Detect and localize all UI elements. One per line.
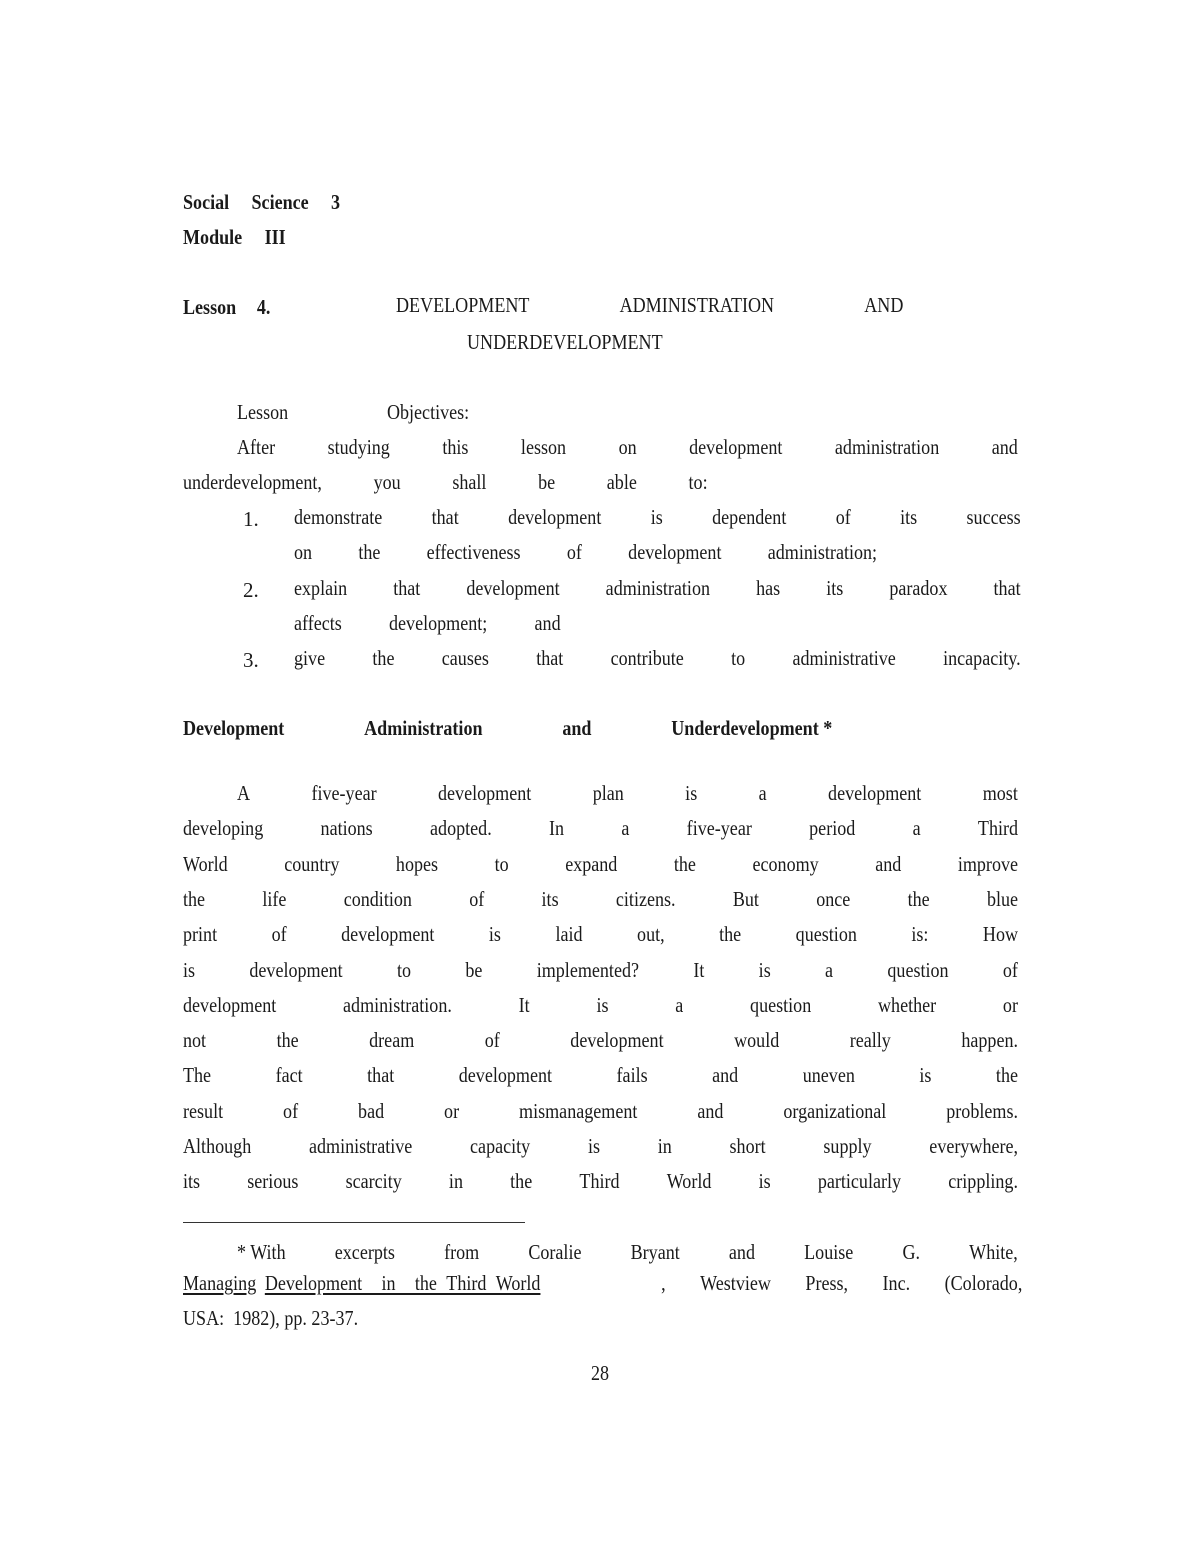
word: five-year	[687, 818, 752, 839]
word: Bryant	[631, 1242, 680, 1263]
word: Although	[183, 1136, 251, 1157]
word: of	[283, 1101, 298, 1122]
word: that	[393, 578, 420, 599]
word: that	[994, 578, 1021, 599]
word: able	[607, 472, 637, 493]
word: is	[588, 1136, 600, 1157]
objective-number-3: 3.	[243, 648, 259, 673]
word: is	[596, 995, 608, 1016]
word: everywhere,	[929, 1136, 1018, 1157]
objective-number-2: 2.	[243, 578, 259, 603]
word: A	[237, 783, 250, 804]
word: development	[438, 783, 531, 804]
word: hopes	[396, 854, 438, 875]
word: is	[759, 960, 771, 981]
word: Administration	[364, 718, 482, 739]
word: Objectives:	[387, 402, 469, 423]
word: or	[1003, 995, 1018, 1016]
paragraph-line: developmentadministration.Itisaquestionw…	[183, 995, 1018, 1016]
word: of	[836, 507, 851, 528]
word: development	[466, 578, 559, 599]
lesson-title-line2: UNDERDEVELOPMENT	[467, 330, 663, 355]
word: and	[875, 854, 901, 875]
word: of	[272, 924, 287, 945]
word: explain	[294, 578, 347, 599]
footnote-divider	[183, 1222, 525, 1223]
word: dream	[369, 1030, 414, 1051]
word: Louise	[804, 1242, 853, 1263]
word: and	[697, 1101, 723, 1122]
word: development	[689, 437, 782, 458]
word: supply	[823, 1136, 871, 1157]
word: five-year	[311, 783, 376, 804]
word: on	[294, 542, 312, 563]
word: Inc.	[883, 1271, 911, 1296]
word: its	[542, 889, 559, 910]
word: excerpts	[335, 1242, 395, 1263]
word: its	[826, 578, 843, 599]
word: nations	[321, 818, 373, 839]
word: the	[908, 889, 930, 910]
paragraph-line: Worldcountryhopestoexpandtheeconomyandim…	[183, 854, 1018, 875]
word: Lesson	[183, 295, 236, 320]
paragraph-line: isdevelopmenttobeimplemented?Itisaquesti…	[183, 960, 1018, 981]
word: development	[341, 924, 434, 945]
word: Underdevelopment *	[671, 718, 832, 739]
paragraph-line: Thefactthatdevelopmentfailsandunevenisth…	[183, 1065, 1018, 1086]
word: 4.	[257, 295, 271, 320]
objectives-heading: LessonObjectives:	[237, 402, 469, 423]
word: to:	[689, 472, 708, 493]
word: in	[449, 1171, 463, 1192]
footnote-line1: * WithexcerptsfromCoralieBryantandLouise…	[237, 1242, 1018, 1263]
word: Module	[183, 225, 242, 250]
word: lesson	[521, 437, 566, 458]
word: It	[519, 995, 530, 1016]
word: this	[442, 437, 468, 458]
word: and	[535, 613, 561, 634]
word: underdevelopment,	[183, 472, 322, 493]
word: problems.	[946, 1101, 1018, 1122]
word: condition	[344, 889, 412, 910]
word: Lesson	[237, 402, 288, 423]
paragraph-line: developingnationsadopted.Inafive-yearper…	[183, 818, 1018, 839]
word: or	[444, 1101, 459, 1122]
word: Coralie	[528, 1242, 581, 1263]
word: a	[675, 995, 683, 1016]
word: country	[284, 854, 339, 875]
objective-2-line1: explainthatdevelopmentadministrationhasi…	[294, 578, 1021, 599]
objective-2-line2: affectsdevelopment;and	[294, 613, 561, 634]
word: ,	[661, 1271, 666, 1296]
word: to	[495, 854, 509, 875]
word: capacity	[470, 1136, 530, 1157]
word: and	[712, 1065, 738, 1086]
word: administration;	[768, 542, 877, 563]
paragraph-line: printofdevelopmentislaidout,thequestioni…	[183, 924, 1018, 945]
word: (Colorado,	[945, 1271, 1023, 1296]
course-title: SocialScience3	[183, 190, 381, 215]
word: paradox	[889, 578, 947, 599]
word: DEVELOPMENT	[396, 295, 529, 316]
word: improve	[958, 854, 1018, 875]
word: bad	[358, 1101, 384, 1122]
word: World	[667, 1171, 712, 1192]
word: a	[825, 960, 833, 981]
word: is	[651, 507, 663, 528]
word: shall	[452, 472, 486, 493]
word: that	[367, 1065, 394, 1086]
word: effectiveness	[427, 542, 521, 563]
word: development	[570, 1030, 663, 1051]
word: the	[674, 854, 696, 875]
word: Science	[252, 190, 309, 215]
word: AND	[864, 295, 903, 316]
word: would	[734, 1030, 779, 1051]
objective-3-line1: givethecausesthatcontributetoadministrat…	[294, 648, 1021, 669]
word: administration	[835, 437, 939, 458]
word: the	[372, 648, 394, 669]
objectives-intro-line2: underdevelopment,youshallbeableto:	[183, 472, 708, 493]
word: development	[459, 1065, 552, 1086]
word: But	[733, 889, 759, 910]
word: Westview	[700, 1271, 771, 1296]
word: a	[621, 818, 629, 839]
word: question	[887, 960, 948, 981]
word: and	[729, 1242, 755, 1263]
word: Development	[183, 718, 284, 739]
word: 3	[331, 190, 340, 215]
word: is	[759, 1171, 771, 1192]
word: development	[508, 507, 601, 528]
word: be	[465, 960, 482, 981]
word: blue	[987, 889, 1018, 910]
word: administrative	[309, 1136, 412, 1157]
word: mismanagement	[519, 1101, 637, 1122]
word: fact	[276, 1065, 303, 1086]
word: It	[693, 960, 704, 981]
word: Third	[579, 1171, 619, 1192]
word: the	[996, 1065, 1018, 1086]
book-title-part2: Development in the Third World	[265, 1271, 541, 1296]
word: incapacity.	[943, 648, 1021, 669]
word: serious	[247, 1171, 298, 1192]
word: administration	[606, 578, 710, 599]
word: question	[750, 995, 811, 1016]
lesson-number: Lesson4.	[183, 295, 312, 320]
word: of	[1003, 960, 1018, 981]
footnote-publisher: ,WestviewPress,Inc.(Colorado,	[661, 1271, 1022, 1296]
word: to	[731, 648, 745, 669]
word: III	[265, 225, 286, 250]
word: to	[397, 960, 411, 981]
footnote-line2: Managing Development in the Third World …	[183, 1271, 1022, 1296]
word: contribute	[611, 648, 684, 669]
objective-number-1: 1.	[243, 507, 259, 532]
word: short	[730, 1136, 766, 1157]
word: is:	[911, 924, 928, 945]
word: its	[183, 1171, 200, 1192]
word: White,	[969, 1242, 1018, 1263]
word: Social	[183, 190, 229, 215]
word: adopted.	[430, 818, 492, 839]
objective-1-line1: demonstratethatdevelopmentisdependentofi…	[294, 507, 1021, 528]
word: After	[237, 437, 275, 458]
word: organizational	[783, 1101, 886, 1122]
word: plan	[593, 783, 624, 804]
paragraph-line: resultofbadormismanagementandorganizatio…	[183, 1101, 1018, 1122]
word: that	[432, 507, 459, 528]
word: Third	[978, 818, 1018, 839]
word: of	[567, 542, 582, 563]
word: out,	[637, 924, 665, 945]
word: development	[828, 783, 921, 804]
section-heading: DevelopmentAdministrationandUnderdevelop…	[183, 718, 832, 739]
word: has	[756, 578, 780, 599]
word: really	[850, 1030, 891, 1051]
word: result	[183, 1101, 223, 1122]
word: the	[719, 924, 741, 945]
word: studying	[328, 437, 390, 458]
word: G.	[902, 1242, 920, 1263]
word: development	[628, 542, 721, 563]
word: on	[619, 437, 637, 458]
word: whether	[878, 995, 936, 1016]
word: the	[277, 1030, 299, 1051]
word: uneven	[803, 1065, 855, 1086]
word: causes	[442, 648, 489, 669]
word: administrative	[792, 648, 895, 669]
word: life	[262, 889, 286, 910]
word: the	[358, 542, 380, 563]
word: the	[510, 1171, 532, 1192]
word: you	[374, 472, 401, 493]
paragraph-line: itsseriousscarcityintheThirdWorldisparti…	[183, 1171, 1018, 1192]
word: citizens.	[616, 889, 676, 910]
word: question	[796, 924, 857, 945]
word: is	[685, 783, 697, 804]
word: economy	[752, 854, 818, 875]
word: dependent	[712, 507, 786, 528]
word: The	[183, 1065, 211, 1086]
word: particularly	[818, 1171, 901, 1192]
word: be	[538, 472, 555, 493]
word: most	[983, 783, 1018, 804]
word: once	[816, 889, 850, 910]
word: happen.	[961, 1030, 1018, 1051]
word: not	[183, 1030, 206, 1051]
objective-1-line2: ontheeffectivenessofdevelopmentadministr…	[294, 542, 877, 563]
word: period	[809, 818, 855, 839]
page-number: 28	[591, 1361, 609, 1386]
paragraph-line: thelifeconditionofitscitizens.Butoncethe…	[183, 889, 1018, 910]
objectives-intro-line1: Afterstudyingthislessonondevelopmentadmi…	[237, 437, 1018, 458]
word: expand	[565, 854, 617, 875]
word: is	[489, 924, 501, 945]
word: * With	[237, 1242, 286, 1263]
paragraph-line: Althoughadministrativecapacityisinshorts…	[183, 1136, 1018, 1157]
word: of	[485, 1030, 500, 1051]
word: administration.	[343, 995, 452, 1016]
module-label: ModuleIII	[183, 225, 329, 250]
word: development	[249, 960, 342, 981]
word: development	[183, 995, 276, 1016]
word: give	[294, 648, 325, 669]
word: and	[992, 437, 1018, 458]
word: Press,	[805, 1271, 848, 1296]
word: affects	[294, 613, 342, 634]
word: laid	[555, 924, 582, 945]
word: a	[913, 818, 921, 839]
paragraph-line: Afive-yeardevelopmentplanisadevelopmentm…	[237, 783, 1018, 804]
book-title-part1: Managing	[183, 1271, 256, 1296]
word: that	[536, 648, 563, 669]
word: ADMINISTRATION	[620, 295, 775, 316]
word: the	[183, 889, 205, 910]
word: its	[900, 507, 917, 528]
word: is	[919, 1065, 931, 1086]
word: of	[469, 889, 484, 910]
word: in	[658, 1136, 672, 1157]
paragraph-line: notthedreamofdevelopmentwouldreallyhappe…	[183, 1030, 1018, 1051]
word: fails	[617, 1065, 648, 1086]
word: scarcity	[346, 1171, 402, 1192]
footnote-line3: USA: 1982), pp. 23-37.	[183, 1306, 358, 1331]
word: success	[967, 507, 1021, 528]
word: demonstrate	[294, 507, 382, 528]
word: development;	[389, 613, 487, 634]
word: In	[549, 818, 564, 839]
word: World	[183, 854, 228, 875]
lesson-title-line1: DEVELOPMENTADMINISTRATIONAND	[396, 295, 903, 316]
word: and	[562, 718, 591, 739]
word: How	[983, 924, 1018, 945]
word: is	[183, 960, 195, 981]
word: crippling.	[948, 1171, 1018, 1192]
word: developing	[183, 818, 263, 839]
word: from	[444, 1242, 479, 1263]
word: print	[183, 924, 217, 945]
word: implemented?	[537, 960, 639, 981]
word: a	[759, 783, 767, 804]
